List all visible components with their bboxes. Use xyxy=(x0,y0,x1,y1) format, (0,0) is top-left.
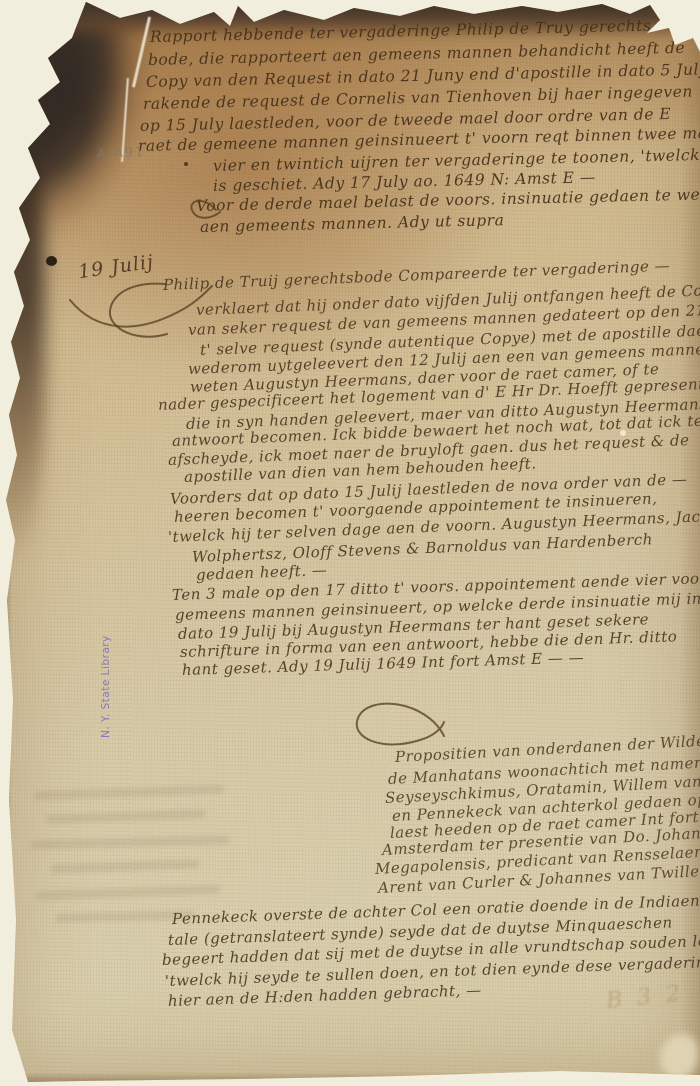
pencil-folio-number: A A91 xyxy=(97,145,146,162)
pen-flourish xyxy=(186,194,226,224)
pen-flourish xyxy=(95,278,175,348)
library-stamp: N. Y. State Library xyxy=(100,612,112,738)
ink-spot xyxy=(184,162,188,166)
pen-flourish xyxy=(348,692,448,756)
document-scan: Rapport hebbende ter vergaderinge Philip… xyxy=(0,0,700,1086)
manuscript-page: Rapport hebbende ter vergaderinge Philip… xyxy=(0,0,700,1086)
ink-spot xyxy=(46,256,57,266)
